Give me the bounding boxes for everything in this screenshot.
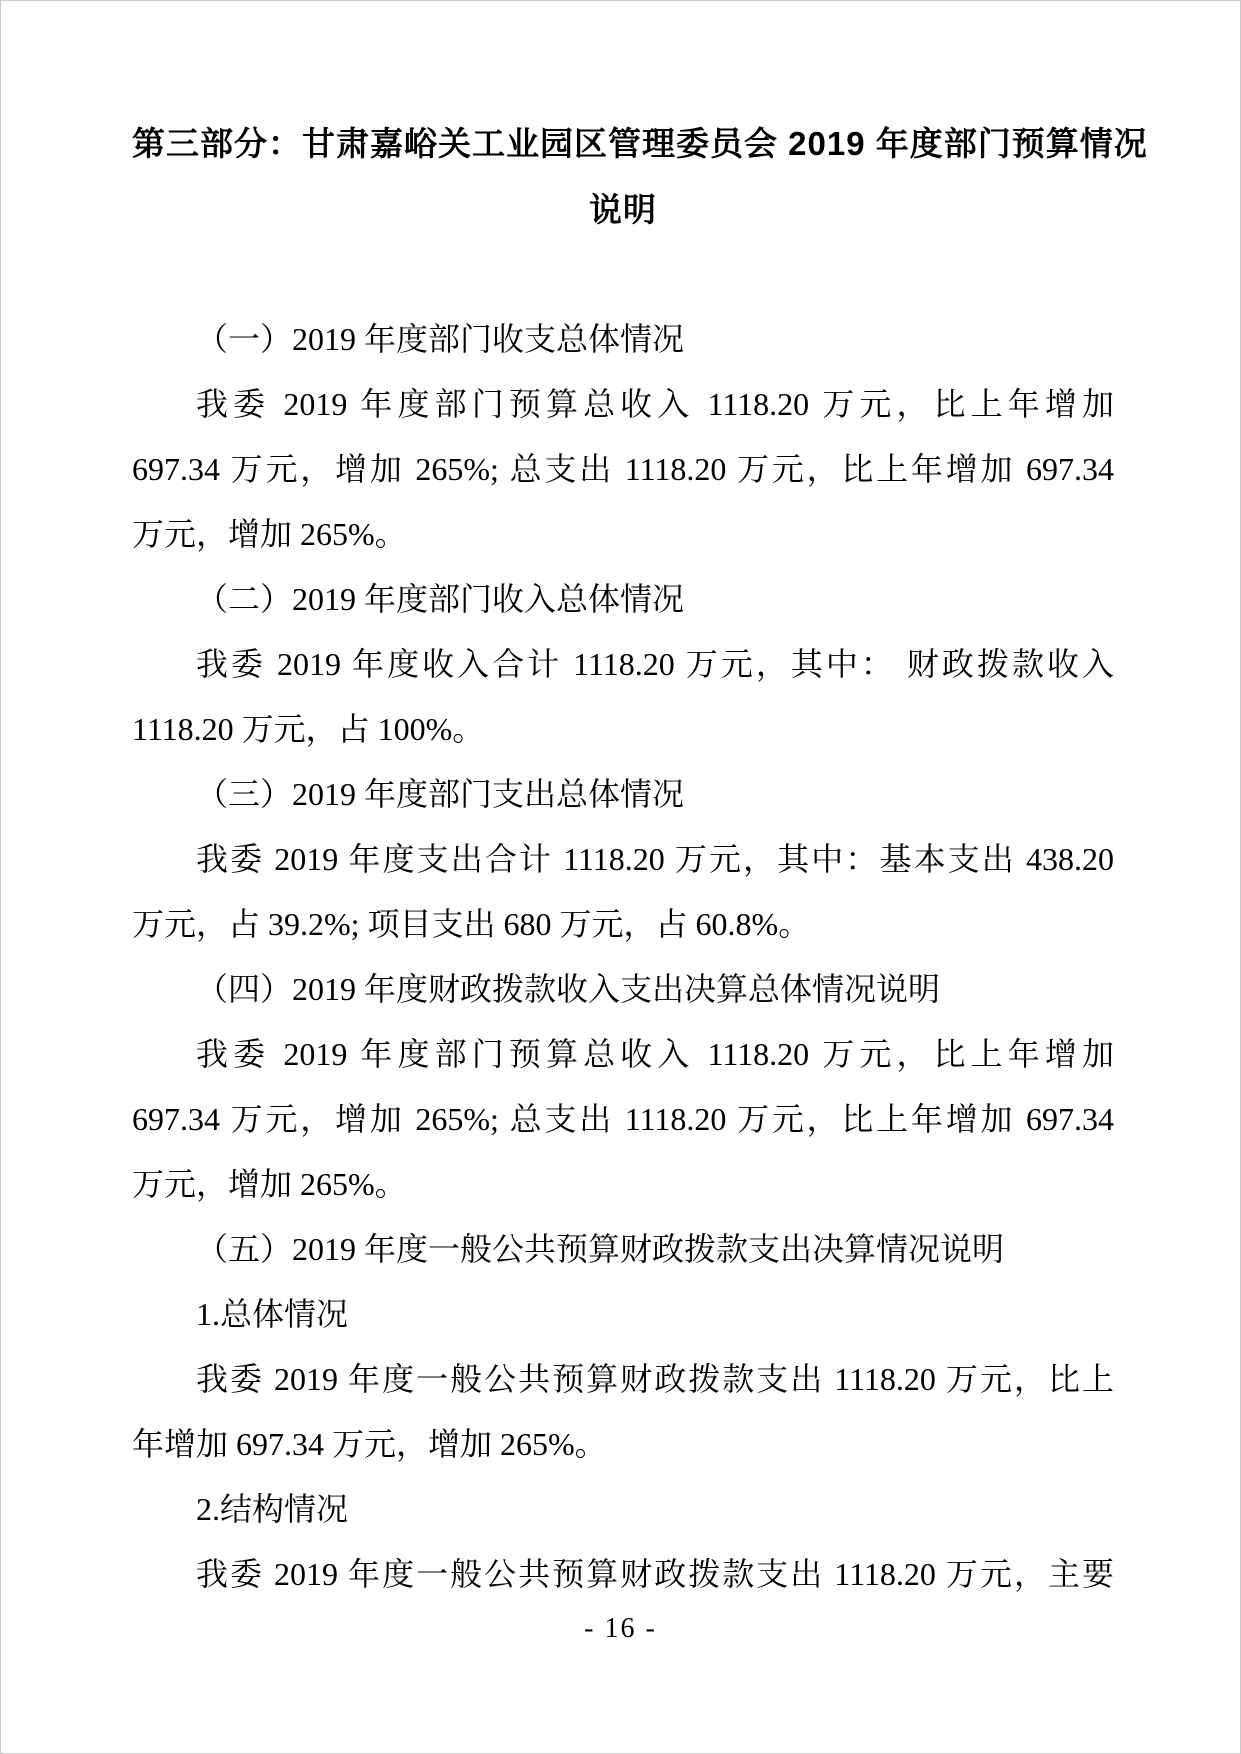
document-title-line1: 第三部分：甘肃嘉峪关工业园区管理委员会 2019 年度部门预算情况: [132, 111, 1114, 177]
body-line: 我委 2019 年度支出合计 1118.20 万元，其中：基本支出 438.20: [132, 827, 1114, 892]
page-number: - 16 -: [1, 1611, 1240, 1647]
document-content: 第三部分：甘肃嘉峪关工业园区管理委员会 2019 年度部门预算情况 说明 （一）…: [132, 111, 1114, 1607]
body-line: 697.34 万元，增加 265%; 总支出 1118.20 万元，比上年增加 …: [132, 437, 1114, 502]
section-heading-5: （五）2019 年度一般公共预算财政拨款支出决算情况说明: [132, 1217, 1114, 1282]
section-heading-3: （三）2019 年度部门支出总体情况: [132, 762, 1114, 827]
body-line: 我委 2019 年度收入合计 1118.20 万元，其中： 财政拨款收入: [132, 632, 1114, 697]
document-title-line2: 说明: [132, 177, 1114, 243]
body-line: 我委 2019 年度一般公共预算财政拨款支出 1118.20 万元，比上: [132, 1347, 1114, 1412]
body-line: 我委 2019 年度部门预算总收入 1118.20 万元，比上年增加: [132, 1022, 1114, 1087]
section-heading-1: （一）2019 年度部门收支总体情况: [132, 307, 1114, 372]
body-line: 697.34 万元，增加 265%; 总支出 1118.20 万元，比上年增加 …: [132, 1087, 1114, 1152]
body-line: 万元，占 39.2%; 项目支出 680 万元，占 60.8%。: [132, 892, 1114, 957]
title-body-spacer: [132, 243, 1114, 307]
body-line: 我委 2019 年度一般公共预算财政拨款支出 1118.20 万元，主要: [132, 1542, 1114, 1607]
body-line: 1118.20 万元，占 100%。: [132, 697, 1114, 762]
subsection-heading: 1.总体情况: [132, 1282, 1114, 1347]
section-heading-4: （四）2019 年度财政拨款收入支出决算总体情况说明: [132, 957, 1114, 1022]
section-heading-2: （二）2019 年度部门收入总体情况: [132, 567, 1114, 632]
document-page: 第三部分：甘肃嘉峪关工业园区管理委员会 2019 年度部门预算情况 说明 （一）…: [0, 0, 1241, 1754]
subsection-heading: 2.结构情况: [132, 1477, 1114, 1542]
body-line: 年增加 697.34 万元，增加 265%。: [132, 1412, 1114, 1477]
body-line: 我委 2019 年度部门预算总收入 1118.20 万元，比上年增加: [132, 372, 1114, 437]
body-line: 万元，增加 265%。: [132, 502, 1114, 567]
body-line: 万元，增加 265%。: [132, 1152, 1114, 1217]
